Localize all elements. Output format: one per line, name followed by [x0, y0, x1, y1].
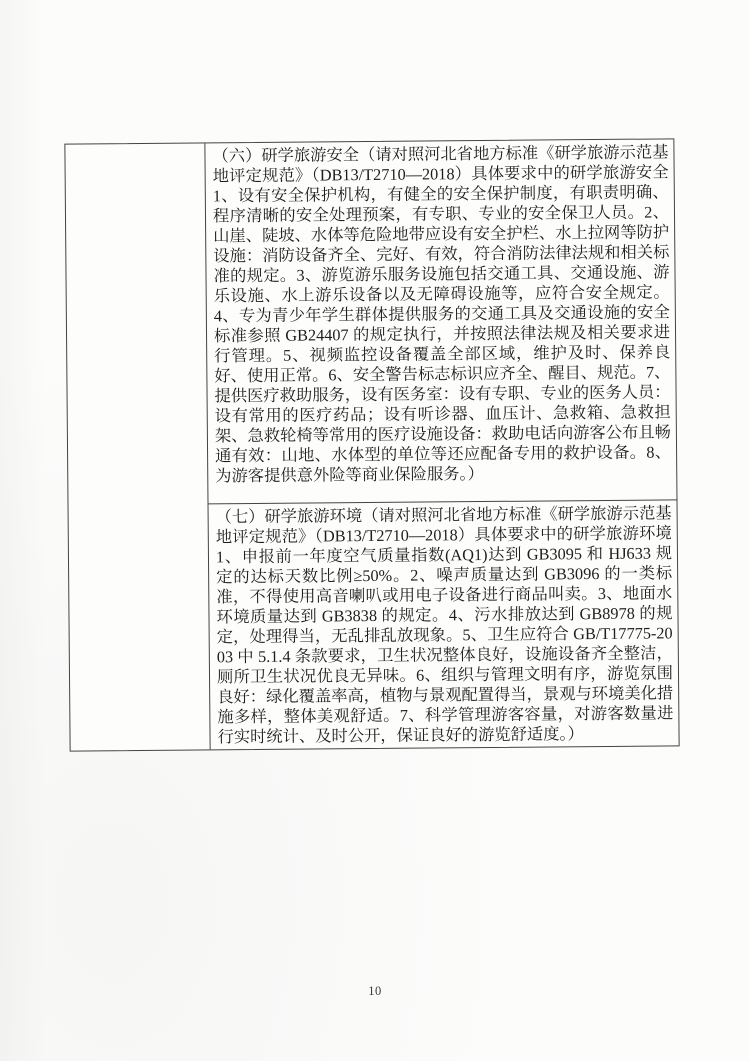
- safety-section-text: （六）研学旅游安全（请对照河北省地方标准《研学旅游示范基地评定规范》（DB13/…: [205, 139, 676, 486]
- scanned-document-page: { "page_number": "10", "appearance": { "…: [0, 0, 750, 1061]
- table-row-environment: （七）研学旅游环境（请对照河北省地方标准《研学旅游示范基地评定规范》（DB13/…: [209, 500, 679, 749]
- table-row-safety: （六）研学旅游安全（请对照河北省地方标准《研学旅游示范基地评定规范》（DB13/…: [205, 139, 676, 504]
- left-cell-text: [65, 143, 204, 147]
- page-number: 10: [0, 984, 750, 999]
- environment-section-text: （七）研学旅游环境（请对照河北省地方标准《研学旅游示范基地评定规范》（DB13/…: [209, 500, 679, 747]
- table-left-cell: [65, 143, 210, 750]
- assessment-criteria-table: （六）研学旅游安全（请对照河北省地方标准《研学旅游示范基地评定规范》（DB13/…: [64, 138, 679, 751]
